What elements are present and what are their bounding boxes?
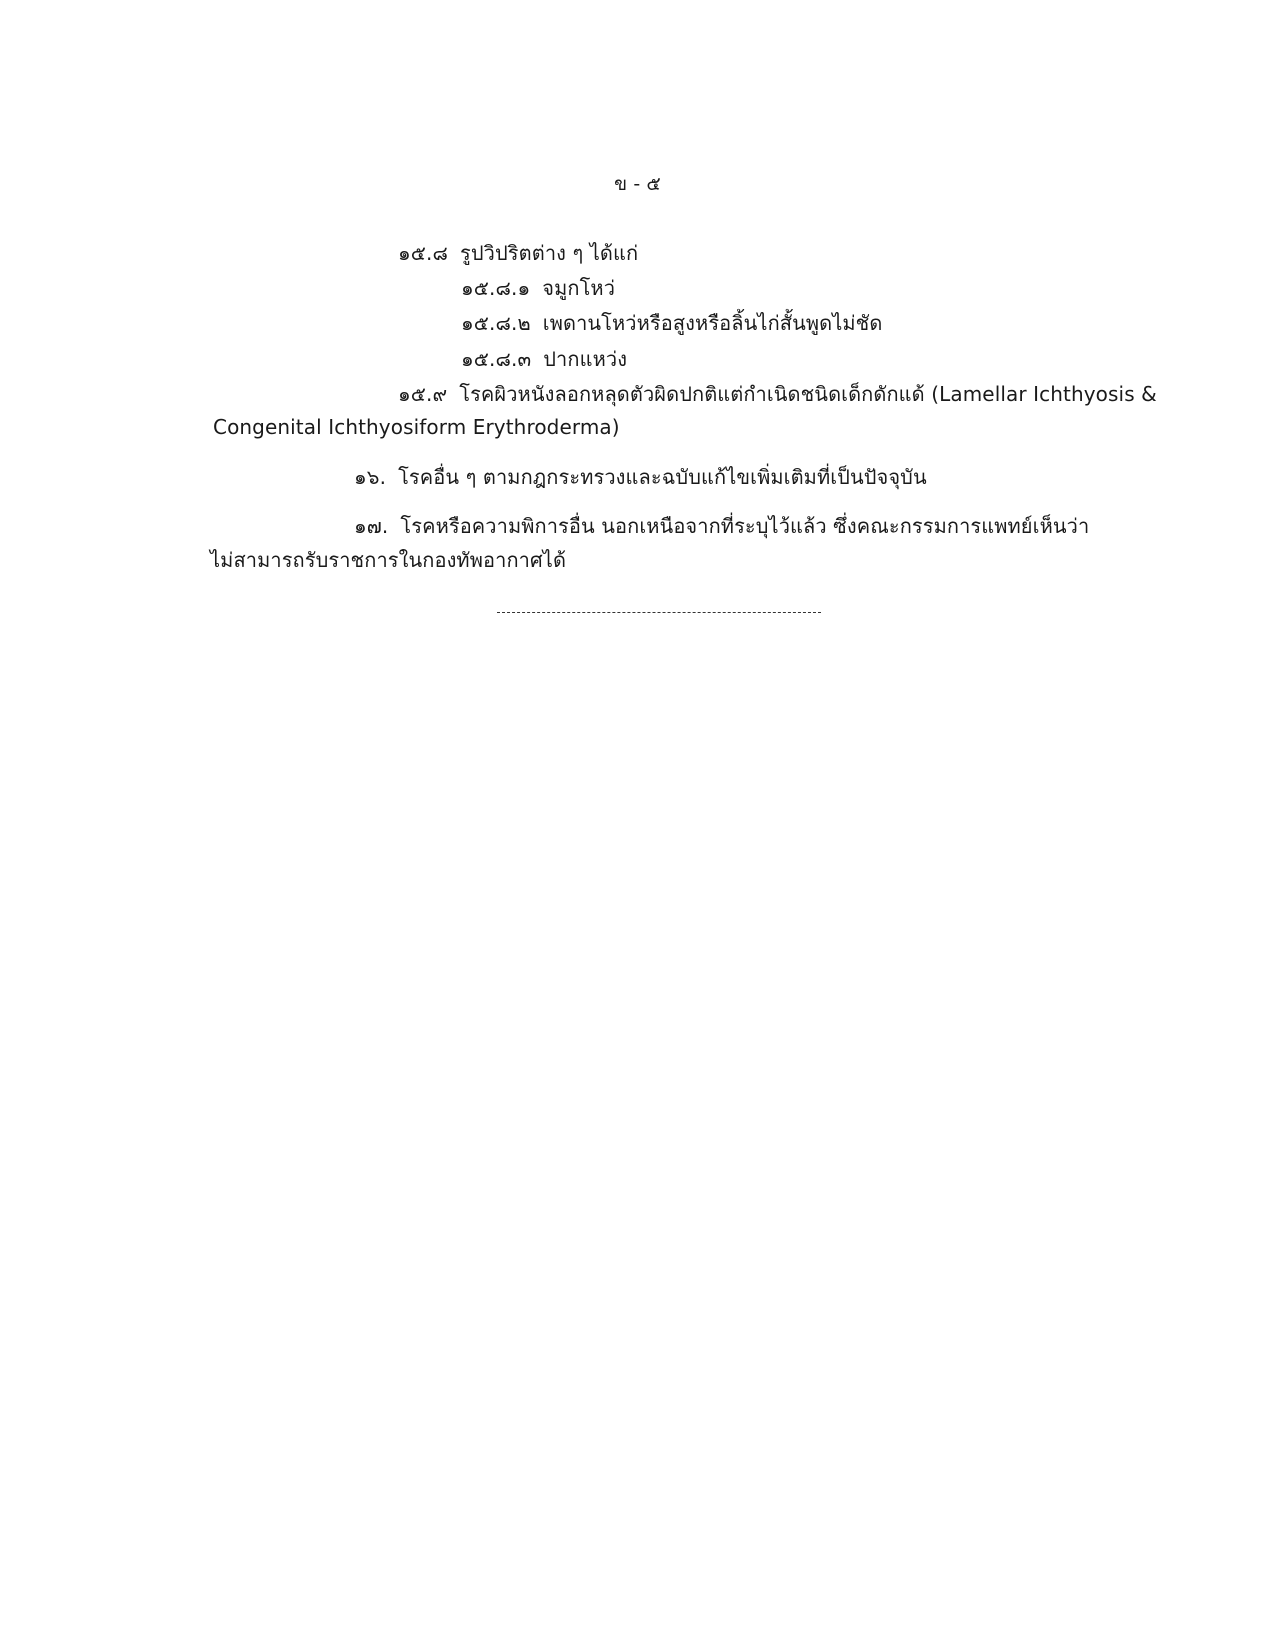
- list-item-16: ๑๖.โรคอื่น ๆ ตามกฎกระทรวงและฉบับแก้ไขเพิ…: [354, 462, 927, 492]
- item-number: ๑๕.๘.๓: [461, 347, 531, 371]
- list-item-15-9: ๑๕.๙โรคผิวหนังลอกหลุดตัวผิดปกติแต่กำเนิด…: [398, 379, 1157, 409]
- item-text: โรคผิวหนังลอกหลุดตัวผิดปกติแต่กำเนิดชนิด…: [459, 382, 1157, 406]
- item-text: จมูกโหว่: [542, 276, 615, 300]
- document-page: ข - ๕ ๑๕.๘รูปวิปริตต่าง ๆ ได้แก่ ๑๕.๘.๑จ…: [0, 0, 1275, 1650]
- item-text: โรคหรือความพิการอื่น นอกเหนือจากที่ระบุไ…: [400, 514, 1089, 538]
- list-item-15-8-3: ๑๕.๘.๓ปากแหว่ง: [461, 344, 627, 374]
- item-text: รูปวิปริตต่าง ๆ ได้แก่: [460, 241, 638, 265]
- list-item-15-9-continuation: Congenital Ichthyosiform Erythroderma): [213, 412, 620, 442]
- item-number: ๑๕.๘.๒: [461, 311, 531, 335]
- item-number: ๑๖.: [354, 465, 386, 489]
- item-number: ๑๕.๙: [398, 382, 447, 406]
- item-text: เพดานโหว่หรือสูงหรือลิ้นไก่สั้นพูดไม่ชัด: [543, 311, 883, 335]
- list-item-17: ๑๗.โรคหรือความพิการอื่น นอกเหนือจากที่ระ…: [354, 511, 1089, 541]
- end-divider: [497, 612, 821, 613]
- list-item-17-continuation: ไม่สามารถรับราชการในกองทัพอากาศได้: [210, 545, 566, 575]
- item-number: ๑๗.: [354, 514, 388, 538]
- list-item-15-8-2: ๑๕.๘.๒เพดานโหว่หรือสูงหรือลิ้นไก่สั้นพูด…: [461, 308, 882, 338]
- item-text: ปากแหว่ง: [543, 347, 627, 371]
- item-text: โรคอื่น ๆ ตามกฎกระทรวงและฉบับแก้ไขเพิ่มเ…: [398, 465, 927, 489]
- item-number: ๑๕.๘.๑: [461, 276, 530, 300]
- page-number: ข - ๕: [0, 169, 1275, 199]
- list-item-15-8-1: ๑๕.๘.๑จมูกโหว่: [461, 273, 615, 303]
- list-item-15-8: ๑๕.๘รูปวิปริตต่าง ๆ ได้แก่: [398, 238, 638, 268]
- item-number: ๑๕.๘: [398, 241, 448, 265]
